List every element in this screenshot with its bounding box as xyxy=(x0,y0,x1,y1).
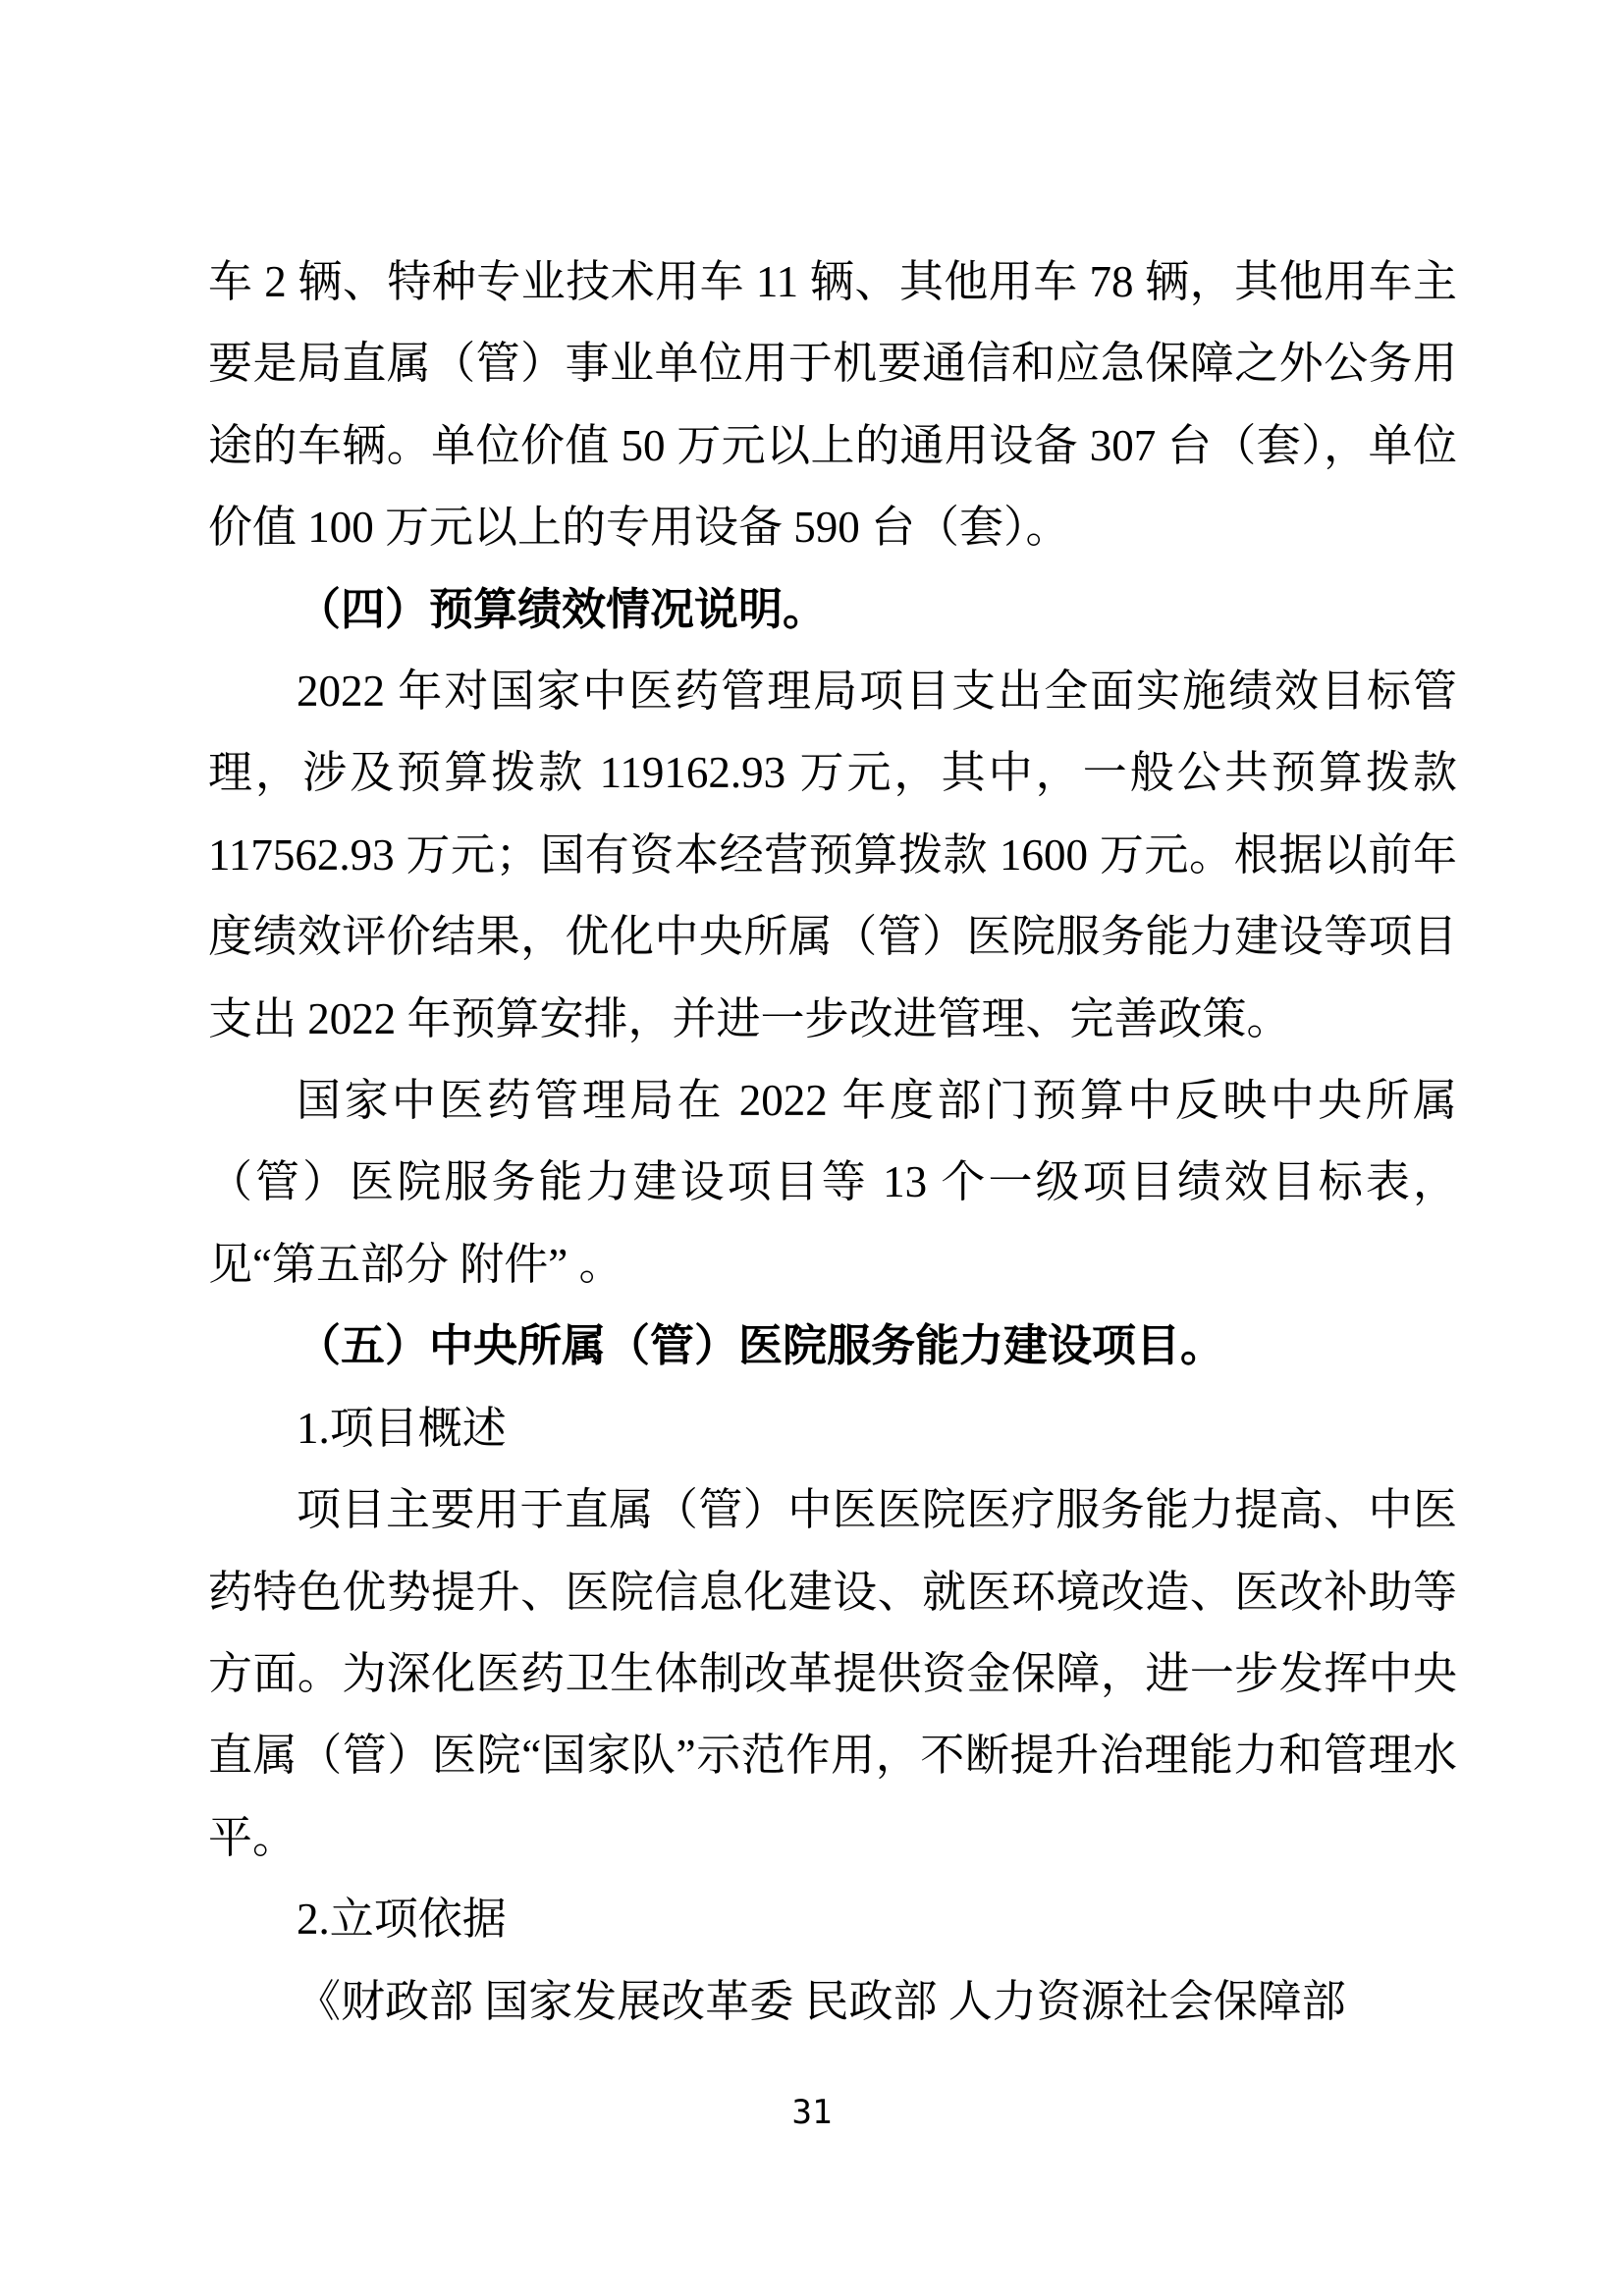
text-block: 车 2 辆、特种专业技术用车 11 辆、其他用车 78 辆，其他用车主要是局直属… xyxy=(208,241,1457,2043)
paragraph-project-target-tables: 国家中医药管理局在 2022 年度部门预算中反映中央所属（管）医院服务能力建设项… xyxy=(208,1060,1457,1306)
heading-section-five-hospital-capacity-project: （五）中央所属（管）医院服务能力建设项目。 xyxy=(208,1306,1457,1387)
document-page: 车 2 辆、特种专业技术用车 11 辆、其他用车 78 辆，其他用车主要是局直属… xyxy=(0,0,1624,2296)
page-number: 31 xyxy=(0,2093,1624,2132)
paragraph-ministries-citation: 《财政部 国家发展改革委 民政部 人力资源社会保障部 xyxy=(208,1961,1457,2043)
heading-section-four-budget-performance: （四）预算绩效情况说明。 xyxy=(208,569,1457,651)
paragraph-vehicles-equipment: 车 2 辆、特种专业技术用车 11 辆、其他用车 78 辆，其他用车主要是局直属… xyxy=(208,241,1457,569)
subheading-project-overview: 1.项目概述 xyxy=(208,1388,1457,1469)
subheading-project-basis: 2.立项依据 xyxy=(208,1879,1457,1960)
paragraph-project-description: 项目主要用于直属（管）中医医院医疗服务能力提高、中医药特色优势提升、医院信息化建… xyxy=(208,1469,1457,1879)
paragraph-performance-targets: 2022 年对国家中医药管理局项目支出全面实施绩效目标管理，涉及预算拨款 119… xyxy=(208,651,1457,1060)
